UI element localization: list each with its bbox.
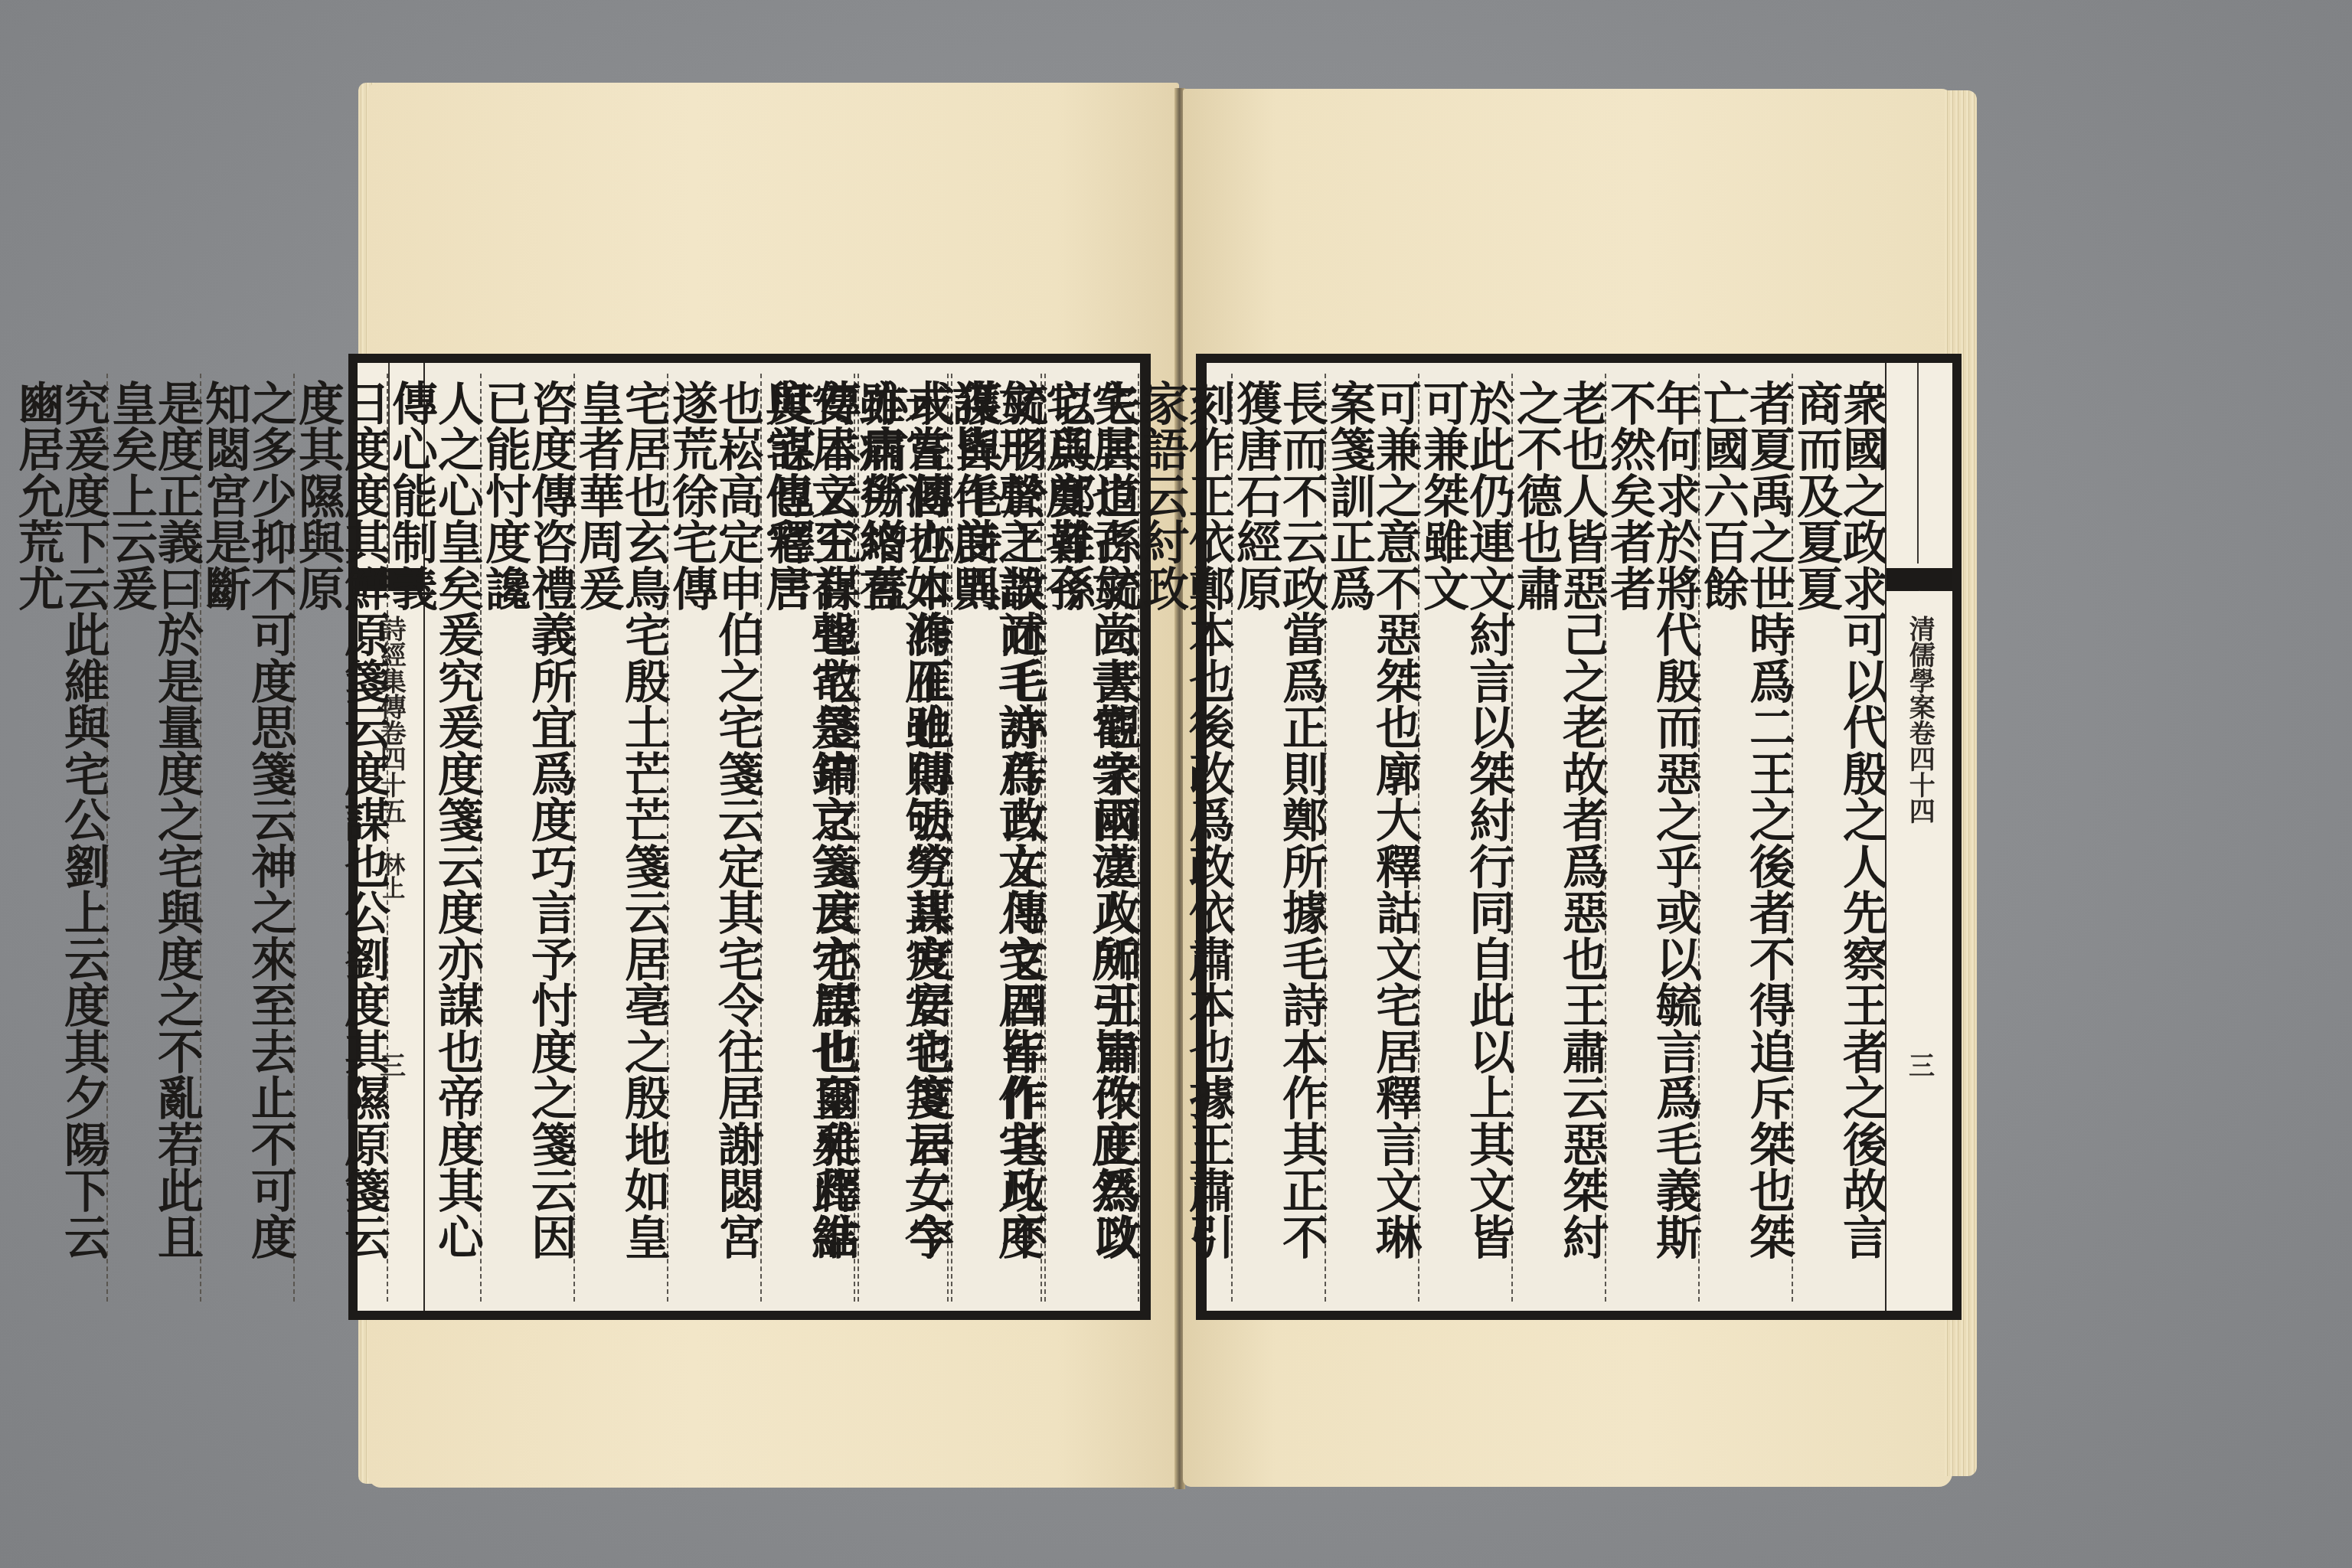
- text-column: 人之心皇矣爰究爰度箋云度亦謀也帝度其心傳心能制義: [387, 374, 480, 1302]
- text-column: 或左傳亦本作正也傳云究謀度居也度居二字亦肅所增蓋: [857, 374, 951, 1302]
- column-text: 也崧高定申伯之宅箋云定其宅令往居謝閟宮遂荒徐宅傳: [668, 374, 760, 1302]
- column-text: 日度度其鮮原箋云度謀也公劉度其隰原箋云度其隰與原: [295, 374, 387, 1302]
- column-text: 者夏禹之世時爲二王之後者不得追斥桀也桀亡國六百餘: [1700, 374, 1792, 1302]
- text-column: 衆國之政求可以代殷之人先察王者之後故言商而及夏夏: [1792, 374, 1885, 1302]
- text-column: 傳本云究謀也故箋申之云度亦謀也爾雅釋詁度謀也釋言: [766, 374, 857, 1302]
- right-page-print-frame: 衆國之政求可以代殷之人先察王者之後故言商而及夏夏 者夏禹之世時爲二王之後者不得追…: [1196, 354, 1962, 1320]
- text-column: 咨度傳咨禮義所宜爲度巧言予忖度之箋云因已能忖度讒: [480, 374, 573, 1302]
- column-text: 或左傳亦本作正也傳云究謀度居也度居二字亦肅所增蓋: [859, 374, 951, 1302]
- column-text: 可兼之意不惡桀也廓大釋詁文宅居釋言文琳案箋訓正爲: [1326, 374, 1418, 1302]
- column-text: 衆國之政求可以代殷之人先察王者之後故言商而及夏夏: [1793, 374, 1885, 1302]
- text-column: 日度度其鮮原箋云度謀也公劉度其隰原箋云度其隰與原: [293, 374, 387, 1302]
- text-column: 毓明於王故述毛亦作政左傳文四年作其政不獲與毛詩異: [951, 374, 1044, 1302]
- column-text: 刻作正依鄭本也後改爲政依肅本也據王肅引家語云紂政: [1139, 374, 1231, 1302]
- banxin-rule: [1917, 363, 1919, 563]
- column-text: 之多少抑不可度思箋云神之來至去止不可度知閟宮是斷: [201, 374, 293, 1302]
- column-text: 究爰度下云此維與宅公劉上云度其夕陽下云豳居允荒尤: [15, 374, 106, 1302]
- text-column: 之多少抑不可度思箋云神之來至去止不可度知閟宮是斷: [200, 374, 293, 1302]
- right-banxin-title: 清儒學案卷四十四: [1906, 616, 1933, 824]
- text-column: 年何求於將代殷而惡之乎或以毓言爲毛義斯不然矣者者: [1605, 374, 1698, 1302]
- open-book: 詩經集傳卷四十五 林上 三 宅居也古文尚書宅字兩漢人所引皆作度然以宅爲度者今 文…: [0, 0, 2352, 1568]
- right-text-columns: 衆國之政求可以代殷之人先察王者之後故言商而及夏夏 者夏禹之世時爲二王之後者不得追…: [1213, 374, 1885, 1302]
- text-column: 者夏禹之世時爲二王之後者不得追斥桀也桀亡國六百餘: [1698, 374, 1792, 1302]
- right-banxin-page-number: 三: [1901, 1052, 1939, 1078]
- text-column: 宅居也玄鳥宅殷土芒芒箋云居亳之殷地如皇皇者華周爰: [573, 374, 667, 1302]
- column-text: 是度正義曰於是量度之宅與度之不亂若此且皇矣上云爰: [108, 374, 200, 1302]
- column-text: 宅居也玄鳥宅殷土芒芒箋云居亳之殷地如皇皇者華周爰: [575, 374, 667, 1302]
- column-text: 毓明於王故述毛亦作政左傳文四年作其政不獲與毛詩異: [952, 374, 1044, 1302]
- column-text: 咨度傳咨禮義所宜爲度巧言予忖度之箋云因已能忖度讒: [482, 374, 573, 1302]
- column-text: 老也人皆惡己之老故者爲惡也王肅云惡桀紂之不德也肅: [1513, 374, 1605, 1302]
- text-column: 失其道孫毓云天觀衆國之政知王肅改正爲政以與鄭難孫: [1044, 374, 1138, 1302]
- column-text: 傳本云究謀也故箋申之云度亦謀也爾雅釋詁度謀也釋言: [766, 374, 857, 1302]
- column-text: 人之心皇矣爰究爰度箋云度亦謀也帝度其心傳心能制義: [388, 374, 480, 1302]
- column-text: 於此仍連文紂言以桀紂行同自此以上其文皆可兼桀雖文: [1419, 374, 1511, 1302]
- column-text: 長而不云政當爲正則鄭所據毛詩本作其正不獲唐石經原: [1233, 374, 1325, 1302]
- text-column: 長而不云政當爲正則鄭所據毛詩本作其正不獲唐石經原: [1231, 374, 1325, 1302]
- text-column: 於此仍連文紂言以桀紂行同自此以上其文皆可兼桀雖文: [1418, 374, 1511, 1302]
- text-column: 也崧高定申伯之宅箋云定其宅令往居謝閟宮遂荒徐宅傳: [667, 374, 760, 1302]
- text-column: 是度正義曰於是量度之宅與度之不亂若此且皇矣上云爰: [106, 374, 200, 1302]
- column-text: 失其道孫毓云天觀衆國之政知王肅改正爲政以與鄭難孫: [1046, 374, 1138, 1302]
- text-column: 刻作正依鄭本也後改爲政依肅本也據王肅引家語云紂政: [1138, 374, 1231, 1302]
- fishtail-mark-icon: [1886, 568, 1952, 605]
- column-text: 年何求於將代殷而惡之乎或以毓言爲毛義斯不然矣者者: [1606, 374, 1698, 1302]
- text-column: 老也人皆惡己之老故者爲惡也王肅云惡桀紂之不德也肅: [1511, 374, 1605, 1302]
- text-column: 可兼之意不惡桀也廓大釋詁文宅居釋言文琳案箋訓正爲: [1325, 374, 1418, 1302]
- right-block-center: 清儒學案卷四十四 三: [1885, 363, 1952, 1311]
- text-column: 究爰度下云此維與宅公劉上云度其夕陽下云豳居允荒尤: [15, 374, 106, 1302]
